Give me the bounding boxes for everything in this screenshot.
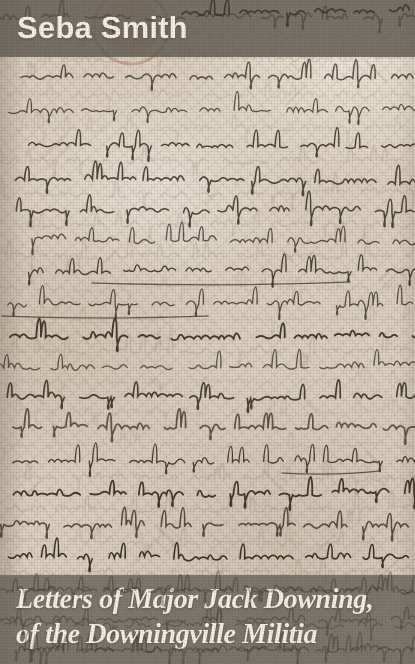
- book-title-line-2: of the Downingville Militia: [16, 617, 415, 652]
- manuscript-background: [0, 0, 415, 664]
- book-cover: Seba Smith Letters of Major Jack Downing…: [0, 0, 415, 664]
- author-name: Seba Smith: [0, 0, 415, 45]
- book-title-line-1: Letters of Major Jack Downing,: [16, 582, 415, 617]
- title-band: Letters of Major Jack Downing, of the Do…: [0, 575, 415, 664]
- author-band: Seba Smith: [0, 0, 415, 57]
